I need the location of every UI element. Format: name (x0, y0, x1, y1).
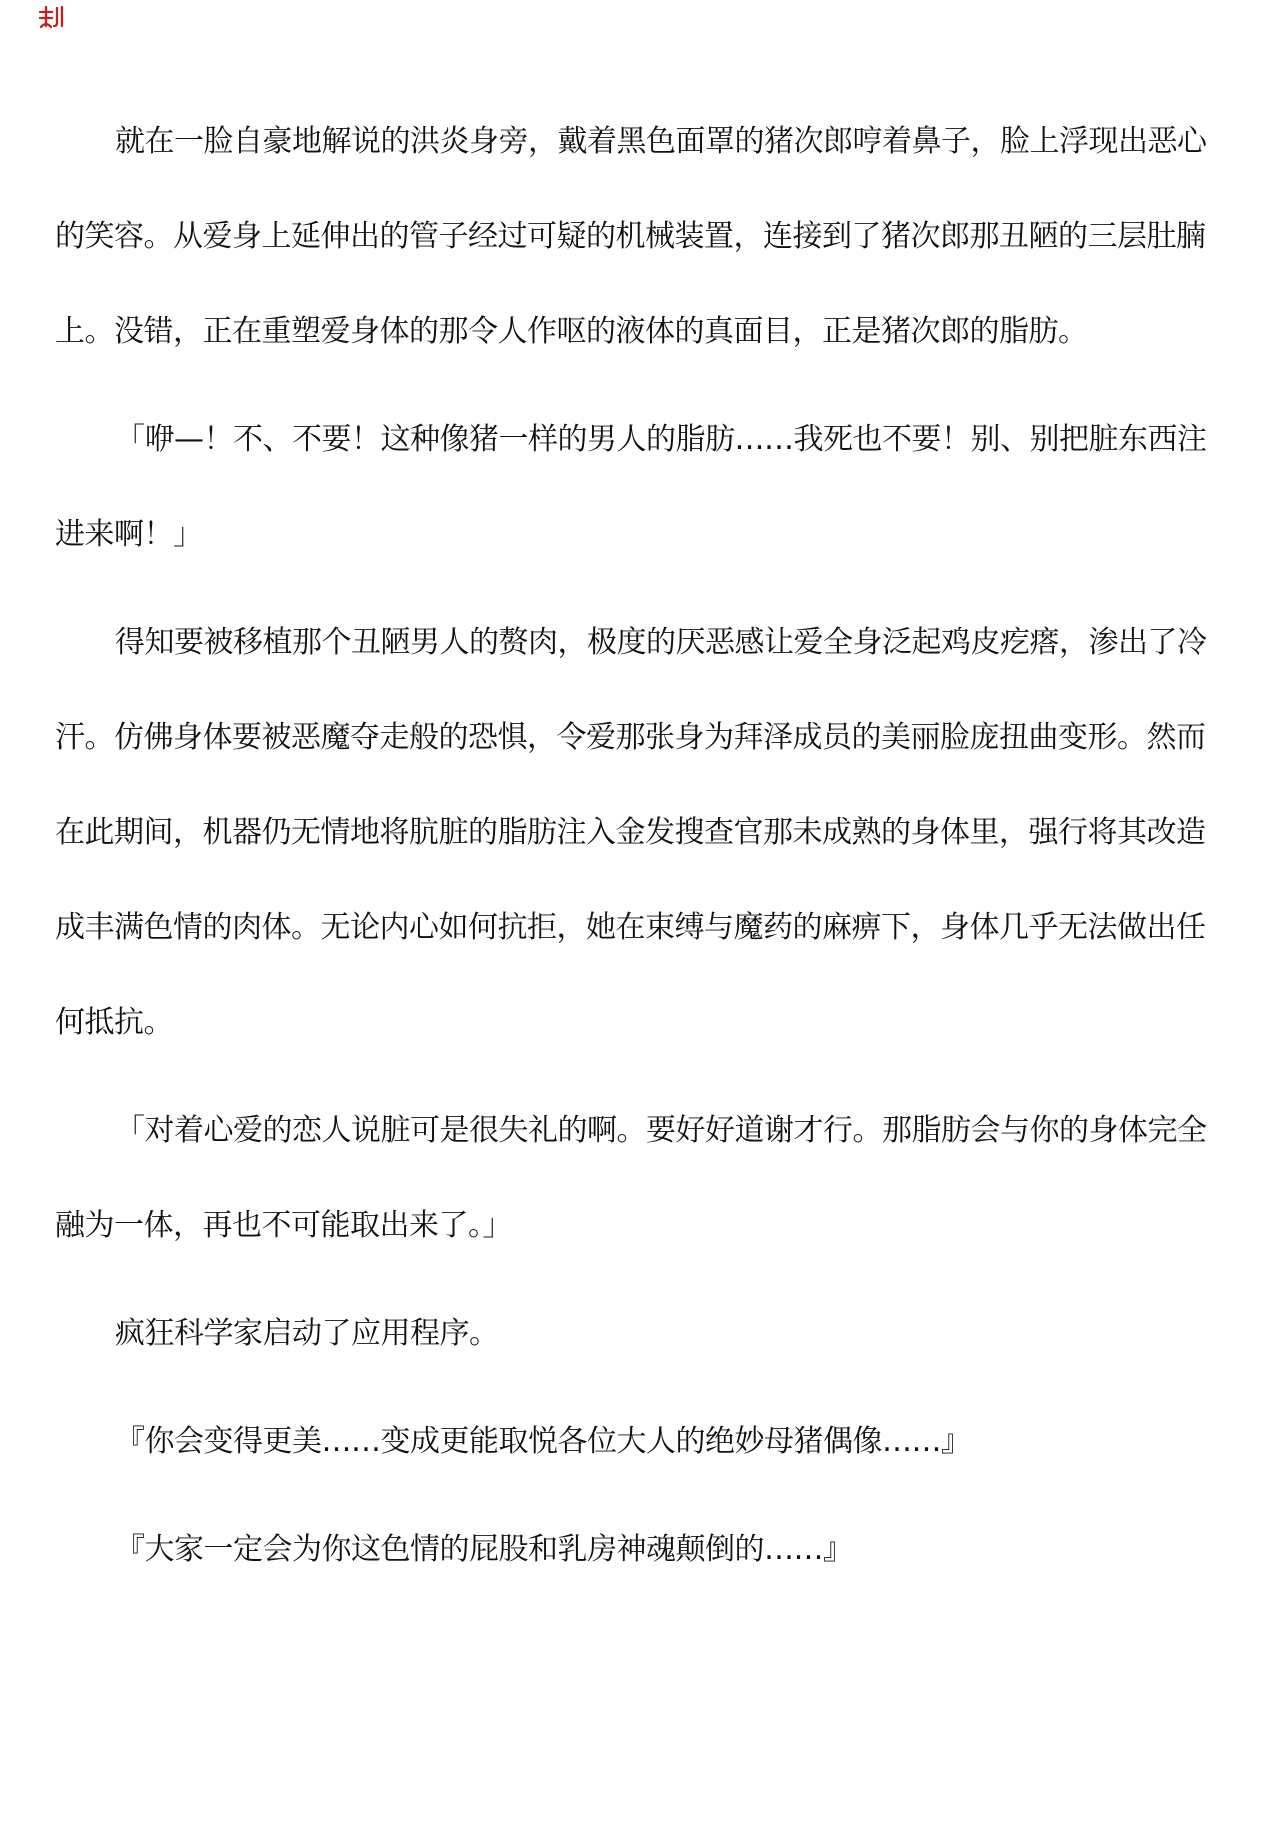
paragraph: 「对着心爱的恋人说脏可是很失礼的啊。要好好道谢才行。那脂肪会与你的身体完全融为一… (55, 1083, 1227, 1273)
text-line: 『大家一定会为你这色情的屁股和乳房神魂颠倒的……』 (55, 1502, 1227, 1597)
text-line: 何抵抗。 (55, 975, 1227, 1070)
text-line: 的笑容。从爱身上延伸出的管子经过可疑的机械装置，连接到了猪次郎那丑陋的三层肚腩 (55, 189, 1227, 284)
text-line: 成丰满色情的肉体。无论内心如何抗拒，她在束缚与魔药的麻痹下，身体几乎无法做出任 (55, 880, 1227, 975)
text-line: 得知要被移植那个丑陋男人的赘肉，极度的厌恶感让爱全身泛起鸡皮疙瘩，渗出了冷 (55, 595, 1227, 690)
paragraph: 『你会变得更美……变成更能取悦各位大人的绝妙母猪偶像……』 (55, 1394, 1227, 1489)
text-line: 疯狂科学家启动了应用程序。 (55, 1286, 1227, 1381)
text-line: 『你会变得更美……变成更能取悦各位大人的绝妙母猪偶像……』 (55, 1394, 1227, 1489)
text-line: 进来啊！」 (55, 487, 1227, 582)
text-content: 就在一脸自豪地解说的洪炎身旁，戴着黑色面罩的猪次郎哼着鼻子，脸上浮现出恶心的笑容… (55, 0, 1227, 1610)
text-line: 融为一体，再也不可能取出来了。」 (55, 1178, 1227, 1273)
text-line: 「咿—！不、不要！这种像猪一样的男人的脂肪……我死也不要！别、别把脏东西注 (55, 392, 1227, 487)
paragraph: 『大家一定会为你这色情的屁股和乳房神魂颠倒的……』 (55, 1502, 1227, 1597)
document-page: 就在一脸自豪地解说的洪炎身旁，戴着黑色面罩的猪次郎哼着鼻子，脸上浮现出恶心的笑容… (0, 0, 1280, 1843)
text-line: 上。没错，正在重塑爱身体的那令人作呕的液体的真面目，正是猪次郎的脂肪。 (55, 284, 1227, 379)
paragraph: 就在一脸自豪地解说的洪炎身旁，戴着黑色面罩的猪次郎哼着鼻子，脸上浮现出恶心的笑容… (55, 94, 1227, 379)
text-line: 在此期间，机器仍无情地将肮脏的脂肪注入金发搜查官那未成熟的身体里，强行将其改造 (55, 785, 1227, 880)
paragraph: 「咿—！不、不要！这种像猪一样的男人的脂肪……我死也不要！别、别把脏东西注进来啊… (55, 392, 1227, 582)
text-line: 汗。仿佛身体要被恶魔夺走般的恐惧，令爱那张身为拜泽成员的美丽脸庞扭曲变形。然而 (55, 690, 1227, 785)
text-line: 就在一脸自豪地解说的洪炎身旁，戴着黑色面罩的猪次郎哼着鼻子，脸上浮现出恶心 (55, 94, 1227, 189)
paragraph: 得知要被移植那个丑陋男人的赘肉，极度的厌恶感让爱全身泛起鸡皮疙瘩，渗出了冷汗。仿… (55, 595, 1227, 1070)
text-line: 「对着心爱的恋人说脏可是很失礼的啊。要好好道谢才行。那脂肪会与你的身体完全 (55, 1083, 1227, 1178)
paragraph: 疯狂科学家启动了应用程序。 (55, 1286, 1227, 1381)
